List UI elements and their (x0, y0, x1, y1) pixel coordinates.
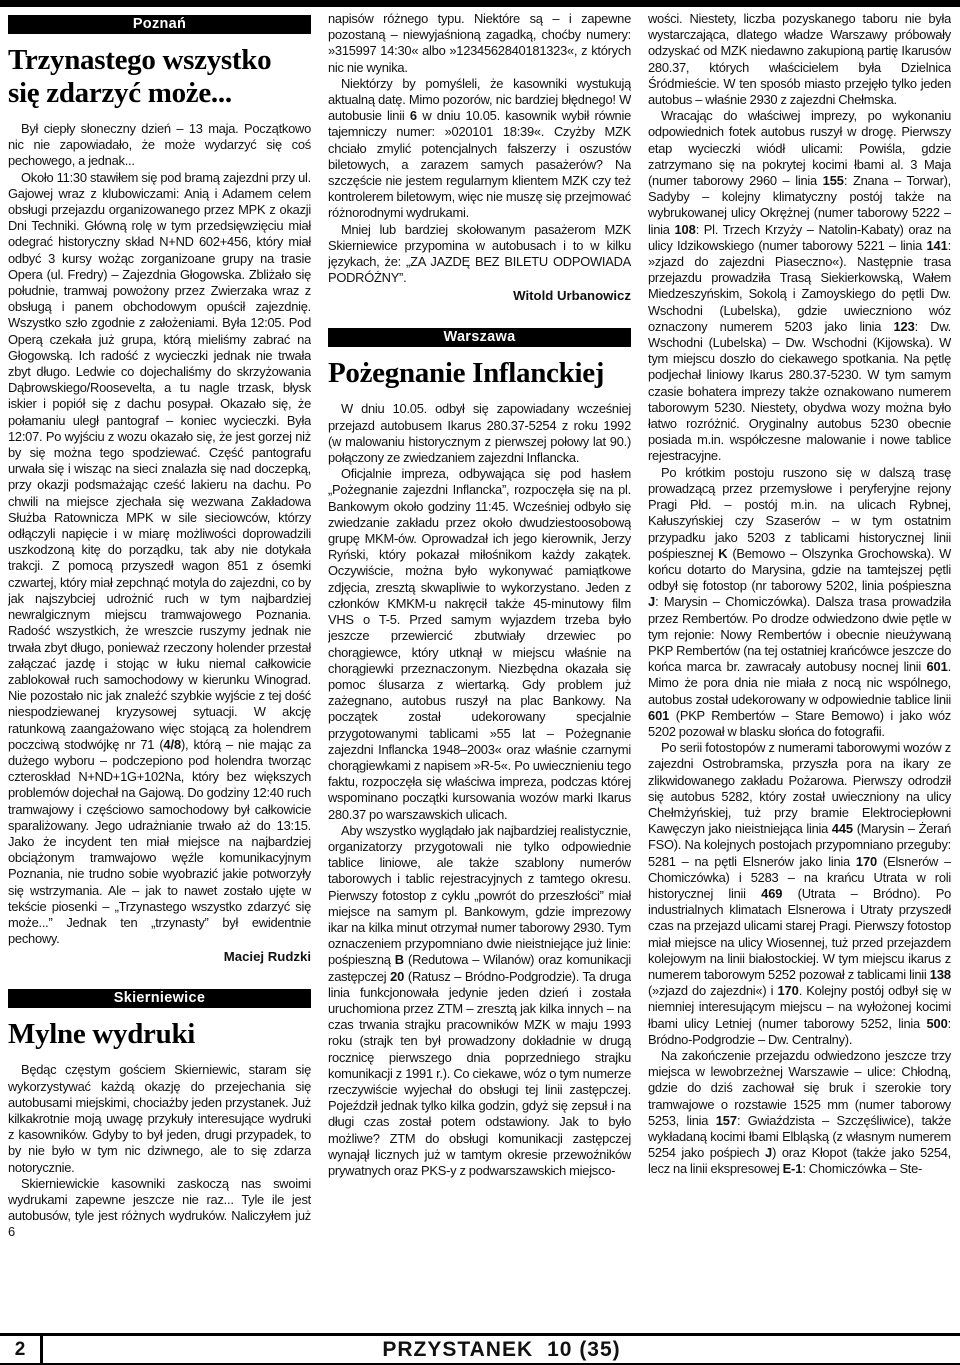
paragraph: Aby wszystko wyglądało jak najbardziej r… (328, 823, 631, 1179)
column-1: PoznańTrzynastego wszystkosię zdarzyć mo… (8, 11, 311, 1339)
paragraph: Po krótkim postoju ruszono się w dalszą … (648, 465, 951, 740)
paragraph: wości. Niestety, liczba pozyskanego tabo… (648, 11, 951, 108)
paragraph: Oficjalnie impreza, odbywająca się pod h… (328, 466, 631, 822)
paragraph: napisów różnego typu. Niektóre są – i za… (328, 11, 631, 76)
article-headline: Pożegnanie Inflanckiej (328, 357, 631, 390)
column-3: wości. Niestety, liczba pozyskanego tabo… (648, 11, 951, 1339)
paragraph: Był ciepły słoneczny dzień – 13 maja. Po… (8, 121, 311, 170)
masthead-title: PRZYSTANEK (382, 1338, 533, 1362)
paragraph: Niektórzy by pomyśleli, że kasowniki wys… (328, 76, 631, 222)
paragraph: Na zakończenie przejazdu odwiedzono jesz… (648, 1048, 951, 1178)
section-bar-poznan: Poznań (8, 15, 311, 34)
section-bar-skierniewice: Skierniewice (8, 989, 311, 1008)
paragraph: Skierniewickie kasowniki zaskoczą nas sw… (8, 1176, 311, 1241)
byline: Maciej Rudzki (8, 948, 311, 965)
paragraph: Wracając do właściwej imprezy, po wykona… (648, 108, 951, 464)
article-headline: Mylne wydruki (8, 1018, 311, 1051)
issue-number: 10 (35) (547, 1338, 621, 1362)
section-bar-warszawa: Warszawa (328, 328, 631, 347)
paragraph: Około 11:30 stawiłem się pod bramą zajez… (8, 170, 311, 948)
byline: Witold Urbanowicz (328, 287, 631, 304)
paragraph: W dniu 10.05. odbył się zapowiadany wcze… (328, 401, 631, 466)
page-footer: 2 PRZYSTANEK 10 (35) (0, 1333, 960, 1365)
paragraph: Po serii fotostopów z numerami taborowym… (648, 740, 951, 1048)
top-rule (0, 0, 960, 7)
page-number: 2 (0, 1336, 43, 1363)
article-headline: Trzynastego wszystkosię zdarzyć może... (8, 44, 311, 110)
paragraph: Mniej lub bardziej skołowanym pasażerom … (328, 222, 631, 287)
newspaper-page: PoznańTrzynastego wszystkosię zdarzyć mo… (0, 0, 960, 1365)
columns-container: PoznańTrzynastego wszystkosię zdarzyć mo… (0, 7, 960, 1339)
paragraph: Będąc częstym gościem Skierniewic, stara… (8, 1062, 311, 1175)
column-2: napisów różnego typu. Niektóre są – i za… (328, 11, 631, 1339)
masthead: PRZYSTANEK 10 (35) (43, 1336, 960, 1363)
